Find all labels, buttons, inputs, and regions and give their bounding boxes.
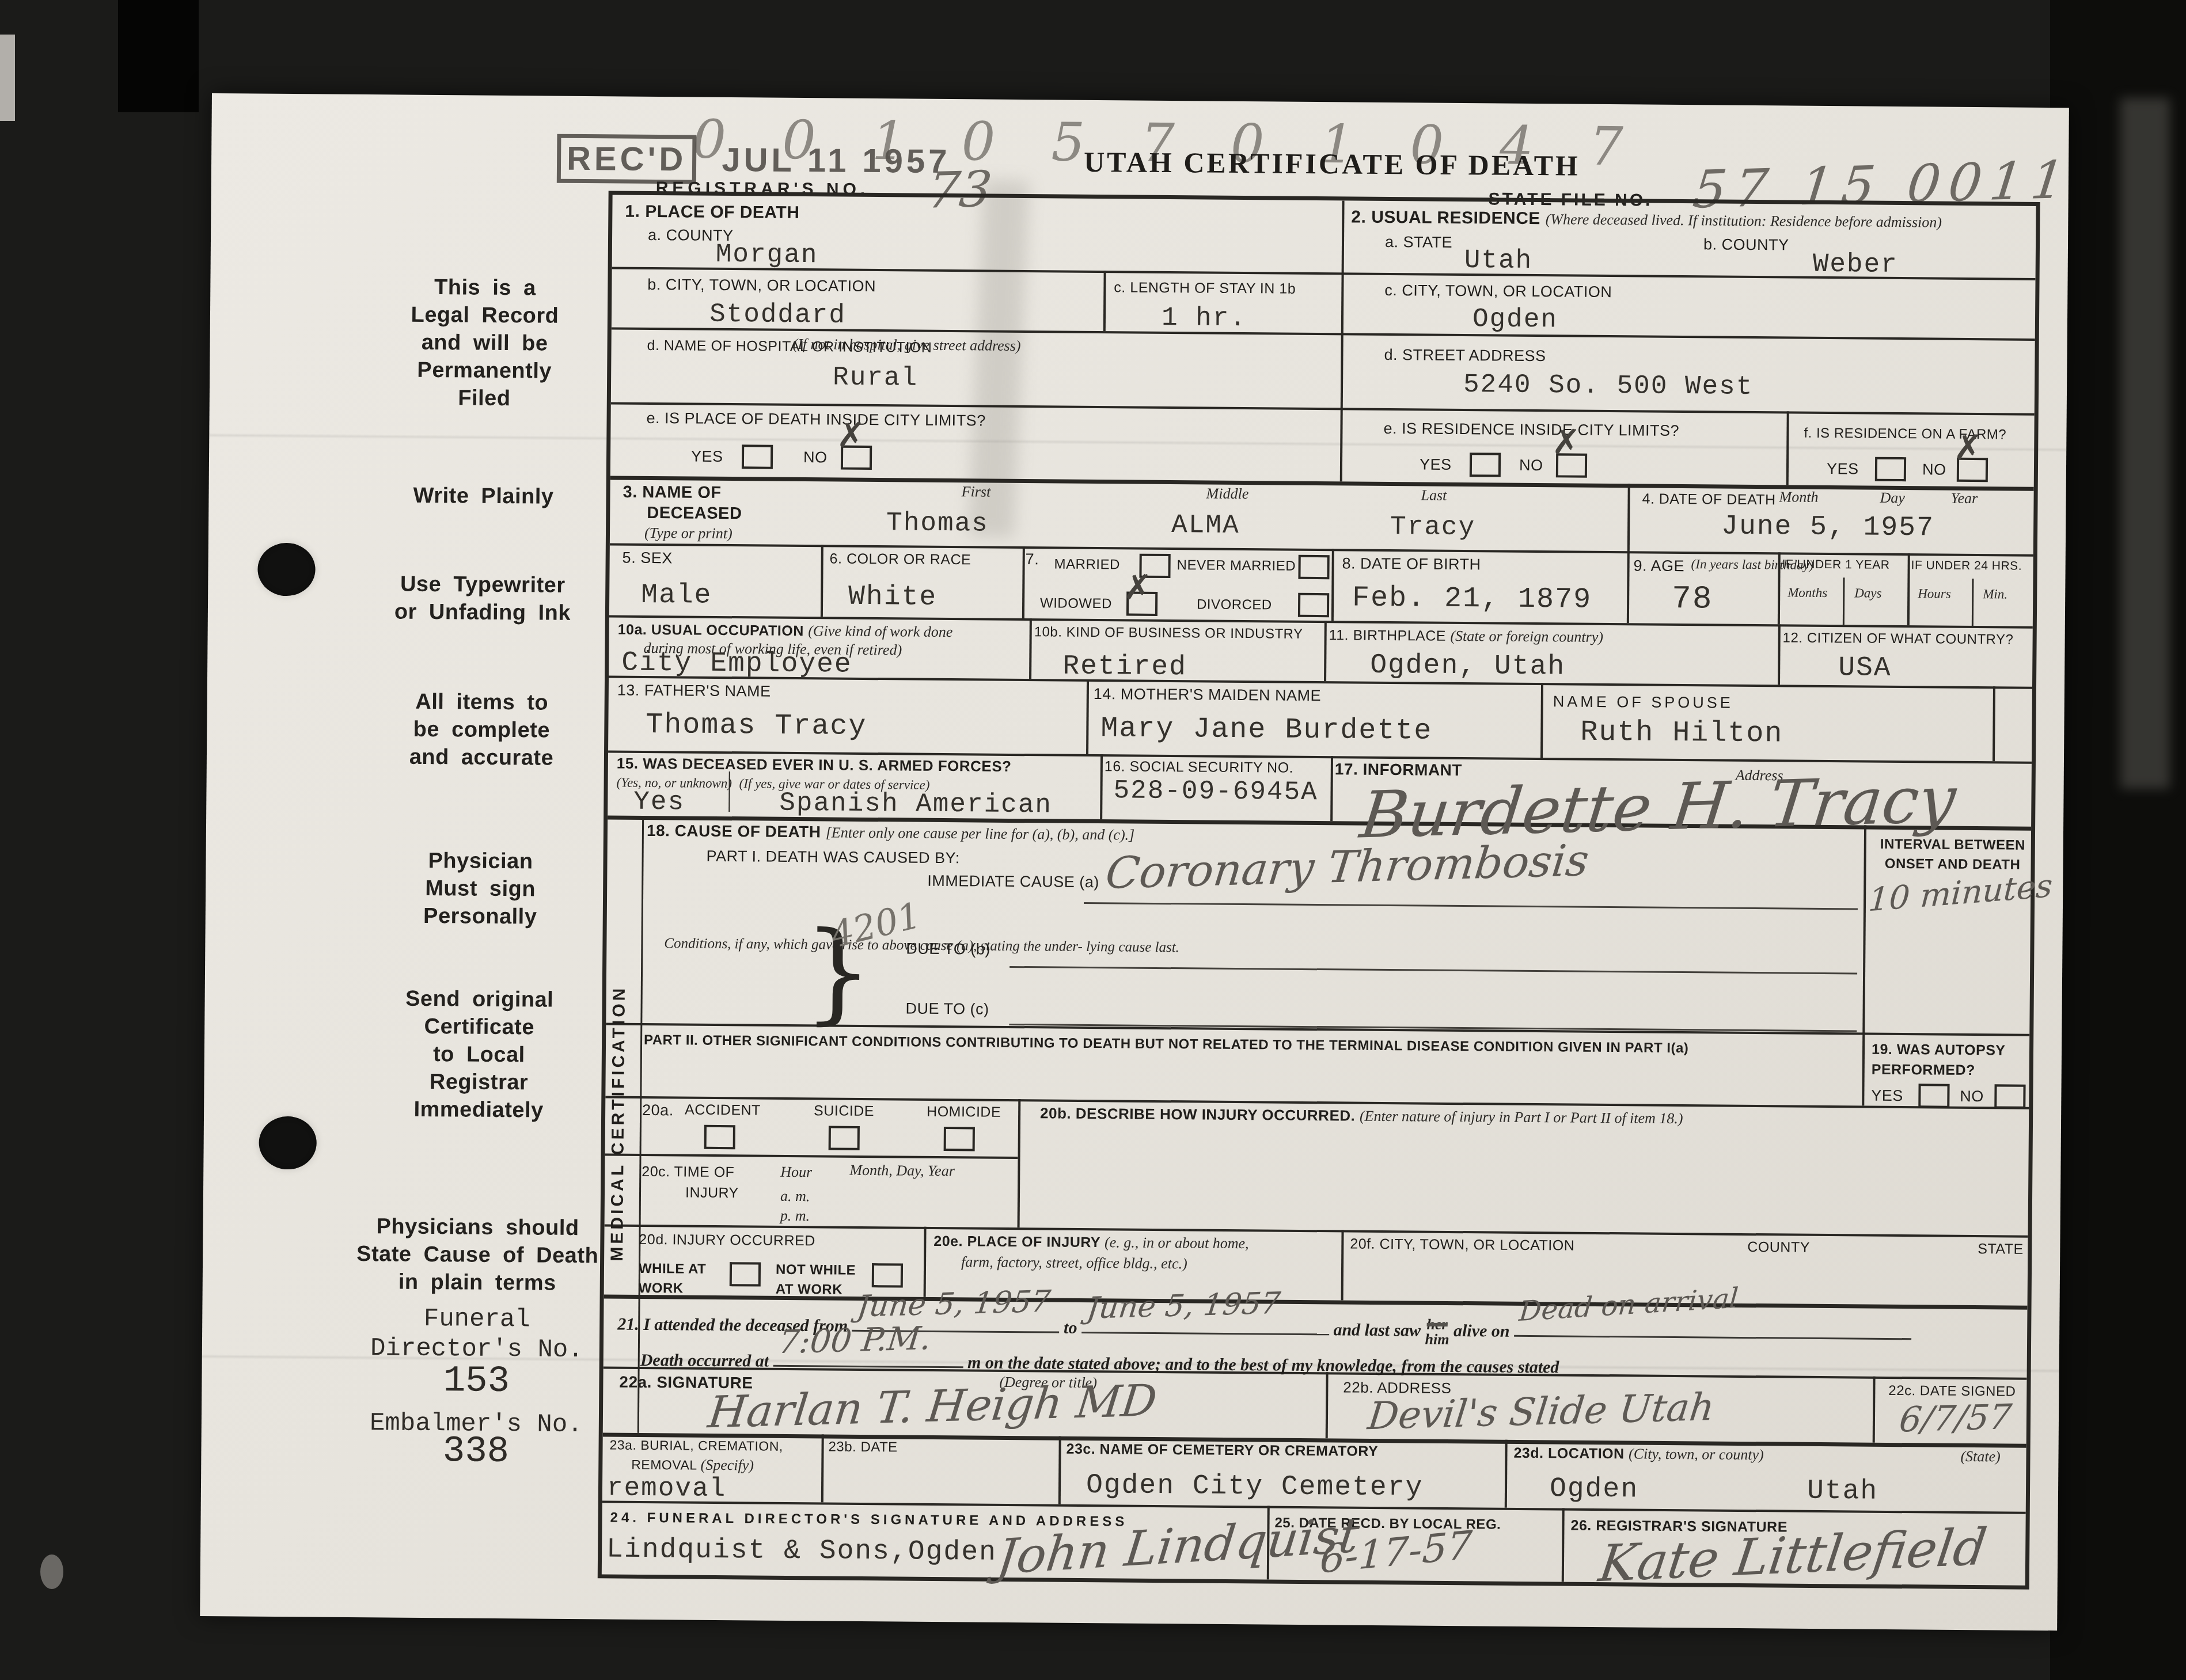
last-name-label: Last — [1421, 487, 1447, 504]
death-time-value: 7:00 P.M. — [777, 1320, 933, 1361]
industry-value: Retired — [1062, 651, 1187, 683]
grid-line — [1786, 411, 1789, 485]
first-name-label: First — [961, 483, 990, 500]
cemetery-city-value: Ogden — [1550, 1473, 1638, 1505]
occupation-label-text: 10a. USUAL OCCUPATION — [618, 622, 804, 640]
race-label: 6. COLOR OR RACE — [830, 550, 971, 568]
background-bottom-speck — [40, 1554, 63, 1589]
describe-injury-note: (Enter nature of injury in Part I or Par… — [1360, 1108, 1683, 1127]
grid-line — [1022, 546, 1025, 618]
street-address-value: 5240 So. 500 West — [1463, 370, 1754, 402]
mothers-maiden-name-label: 14. MOTHER'S MAIDEN NAME — [1094, 685, 1321, 705]
not-while-at-work-label: NOT WHILE AT WORK — [776, 1260, 856, 1300]
place-of-death-title: 1. PLACE OF DEATH — [625, 202, 799, 223]
margin-note-typewriter: Use Typewriter or Unfading Ink — [359, 570, 607, 627]
usual-residence-title: 2. USUAL RESIDENCE (Where deceased lived… — [1351, 208, 1942, 232]
autopsy-no-checkbox — [1994, 1084, 2025, 1108]
grid-line — [821, 545, 823, 617]
cemetery-label: 23c. NAME OF CEMETERY OR CREMATORY — [1066, 1441, 1378, 1460]
death-limits-no-label: NO — [803, 448, 828, 466]
burial-label2-text: REMOVAL — [631, 1457, 697, 1473]
injury-occurred-label: 20d. INJURY OCCURRED — [639, 1232, 815, 1249]
cemetery-location-label: 23d. LOCATION (City, town, or county) — [1513, 1445, 1764, 1464]
never-married-checkbox — [1298, 555, 1329, 579]
birthplace-label: 11. BIRTHPLACE (State or foreign country… — [1329, 626, 1604, 646]
ssn-value: 528-09-6945A — [1113, 776, 1318, 807]
grid-line — [1029, 618, 1032, 679]
widowed-label: WIDOWED — [1040, 595, 1112, 612]
injury-city-label: 20f. CITY, TOWN, OR LOCATION — [1350, 1236, 1574, 1255]
widowed-xmark: ✗ — [1123, 567, 1152, 607]
burial-value: removal — [607, 1473, 727, 1504]
grid-line — [1873, 1377, 1876, 1443]
hospital-note: (If not in hospital, give street address… — [792, 336, 1020, 355]
writing-line — [1009, 966, 1857, 975]
grid-line — [1907, 553, 1910, 625]
death-city-limits-label: e. IS PLACE OF DEATH INSIDE CITY LIMITS? — [646, 409, 985, 430]
birthplace-value: Ogden, Utah — [1370, 650, 1565, 683]
immediate-cause-label: IMMEDIATE CAUSE (a) — [927, 872, 1099, 891]
grid-line — [1100, 754, 1103, 819]
autopsy-yes-checkbox — [1918, 1084, 1949, 1108]
grid-line — [1326, 1372, 1329, 1438]
date-of-birth-label: 8. DATE OF BIRTH — [1342, 554, 1481, 573]
ssn-label: 16. SOCIAL SECURITY NO. — [1105, 758, 1293, 777]
residence-limits-yes-checkbox — [1470, 453, 1501, 477]
month-day-year-label: Month, Day, Year — [849, 1162, 955, 1180]
writing-line — [1084, 902, 1858, 910]
married-label: MARRIED — [1054, 557, 1120, 573]
background-left-speck — [0, 35, 15, 121]
homicide-label: HOMICIDE — [927, 1104, 1001, 1121]
city-label: b. CITY, TOWN, OR LOCATION — [647, 276, 876, 295]
death-limits-yes-checkbox — [742, 444, 773, 469]
margin-note-send-original: Send original Certificate to Local Regis… — [355, 985, 604, 1124]
burial-specify-note: (Specify) — [701, 1457, 754, 1474]
state-value: Utah — [1464, 245, 1533, 276]
never-married-label: NEVER MARRIED — [1177, 557, 1296, 575]
funeral-director-typed: Lindquist & Sons,Ogden — [606, 1534, 997, 1568]
date-of-death-value: June 5, 1957 — [1721, 511, 1934, 544]
time-of-injury-label1: 20c. TIME OF — [642, 1164, 734, 1181]
grid-line — [1330, 756, 1333, 821]
month-label: Month — [1779, 488, 1818, 506]
length-of-stay-label: c. LENGTH OF STAY IN 1b — [1114, 279, 1296, 297]
alive-on-blank: Dead on arrival — [1514, 1318, 1911, 1340]
grid-line — [1778, 624, 1781, 685]
street-address-label: d. STREET ADDRESS — [1384, 346, 1546, 365]
punch-hole — [259, 1116, 317, 1170]
divorced-label: DIVORCED — [1197, 596, 1272, 613]
middle-name-label: Middle — [1206, 485, 1248, 503]
farm-yes-label: YES — [1827, 460, 1859, 478]
residence-limits-no-label: NO — [1519, 457, 1543, 474]
attended-to-value: June 5, 1957 — [1085, 1286, 1282, 1326]
cemetery-value: Ogden City Cemetery — [1086, 1470, 1424, 1504]
death-limits-yes-label: YES — [691, 448, 723, 466]
residence-limits-yes-label: YES — [1420, 455, 1452, 473]
autopsy-no-label: NO — [1960, 1088, 1984, 1105]
informant-signature: Burdette H. Tracy — [1357, 762, 1960, 853]
margin-note-legal-record: This is a Legal Record and will be Perma… — [360, 273, 609, 413]
physician-address-value: Devil's Slide Utah — [1365, 1385, 1717, 1438]
if-under-1-year-label: IF UNDER 1 YEAR — [1782, 557, 1890, 572]
grid-line — [1086, 679, 1089, 754]
part2-label: PART II. OTHER SIGNIFICANT CONDITIONS CO… — [644, 1032, 1847, 1058]
margin-note-write-plainly: Write Plainly — [359, 481, 607, 511]
min-label: Min. — [1983, 587, 2007, 602]
farm-no-label: NO — [1922, 461, 1946, 478]
describe-injury-label-text: 20b. DESCRIBE HOW INJURY OCCURRED. — [1040, 1104, 1355, 1124]
months-label: Months — [1787, 586, 1827, 601]
funeral-directors-no-value: 153 — [335, 1366, 617, 1398]
certificate-form: MEDICAL CERTIFICATION 1. PLACE OF DEATH … — [598, 191, 2040, 1589]
attended-item-number: 21. — [617, 1315, 639, 1334]
background-top-left-notch — [118, 0, 199, 112]
place-of-injury-label: 20e. PLACE OF INJURY (e. g., in or about… — [933, 1233, 1249, 1252]
occupation-note1: (Give kind of work done — [808, 622, 952, 640]
farm-no-xmark: ✗ — [1953, 428, 1983, 468]
farm-yes-checkbox — [1875, 457, 1906, 481]
grid-line — [1341, 1230, 1344, 1300]
hours-label: Hours — [1918, 586, 1951, 601]
hour-label: Hour — [780, 1164, 812, 1181]
grid-line — [1505, 1440, 1508, 1508]
funeral-directors-no-label: Funeral Director's No. — [336, 1303, 618, 1366]
usual-residence-note: (Where deceased lived. If institution: R… — [1546, 211, 1942, 230]
part1-label: PART I. DEATH WAS CAUSED BY: — [706, 847, 959, 867]
date-signed-value: 6/7/57 — [1897, 1397, 2014, 1440]
cemetery-location-note: (City, town, or county) — [1629, 1445, 1764, 1463]
sex-value: Male — [641, 580, 712, 611]
punch-hole — [257, 543, 316, 596]
middle-name-value: ALMA — [1171, 510, 1240, 541]
cause-of-death-label: 18. CAUSE OF DEATH [Enter only one cause… — [647, 822, 1135, 844]
burial-label1: 23a. BURIAL, CREMATION, — [609, 1437, 783, 1454]
grid-line — [1843, 577, 1845, 625]
autopsy-label: 19. WAS AUTOPSY PERFORMED? — [1872, 1040, 2006, 1081]
margin-note-plain-terms: Physicians should State Cause of Death i… — [354, 1213, 602, 1297]
county-value: Morgan — [716, 240, 818, 270]
not-while-at-work-checkbox — [872, 1263, 903, 1287]
name-of-deceased-label2: DECEASED — [647, 504, 742, 523]
cause-of-death-note: [Enter only one cause per line for (a), … — [826, 824, 1135, 843]
grid-line — [821, 1434, 824, 1502]
autopsy-yes-label: YES — [1871, 1087, 1903, 1105]
alive-on-value: Dead on arrival — [1518, 1282, 1740, 1328]
armed-forces-label: 15. WAS DECEASED EVER IN U. S. ARMED FOR… — [617, 755, 1012, 776]
death-time-blank: 7:00 P.M. — [773, 1348, 963, 1369]
attended-text2: and last saw — [1333, 1320, 1421, 1340]
grid-line — [1972, 579, 1974, 626]
embalmers-no-value: 338 — [335, 1436, 617, 1468]
spouse-label: NAME OF SPOUSE — [1553, 693, 1733, 712]
while-at-work-label: WHILE AT WORK — [639, 1259, 707, 1299]
residence-county-value: Weber — [1813, 249, 1898, 280]
place-of-injury-label-text: 20e. PLACE OF INJURY — [933, 1233, 1100, 1251]
interval-label: INTERVAL BETWEEN ONSET AND DEATH — [1880, 835, 2025, 875]
spouse-value: Ruth Hilton — [1580, 716, 1783, 751]
place-of-injury-note1: (e. g., in or about home, — [1105, 1234, 1249, 1252]
grid-line — [1993, 686, 1995, 761]
date-of-death-label: 4. DATE OF DEATH — [1642, 490, 1775, 510]
age-value: 78 — [1672, 580, 1713, 618]
attended-statement-line2: Death occurred at 7:00 P.M. m on the dat… — [640, 1347, 2022, 1381]
citizen-value: USA — [1838, 652, 1892, 684]
marital-item-number: 7. — [1026, 550, 1039, 568]
date-of-birth-value: Feb. 21, 1879 — [1352, 582, 1592, 617]
days-label: Days — [1854, 586, 1881, 600]
age-label: 9. AGE — [1634, 557, 1685, 575]
time-of-injury-label2: INJURY — [685, 1185, 739, 1202]
hospital-value: Rural — [833, 362, 918, 393]
death-occurred-text: Death occurred at — [640, 1351, 769, 1371]
accident-checkbox — [704, 1125, 735, 1149]
am-label: a. m. — [780, 1188, 810, 1205]
state-label: a. STATE — [1385, 233, 1452, 252]
him-word: him — [1425, 1331, 1449, 1348]
citizen-label: 12. CITIZEN OF WHAT COUNTRY? — [1783, 630, 2014, 648]
sex-label: 5. SEX — [623, 549, 673, 568]
while-at-work-checkbox — [730, 1262, 761, 1286]
pm-label: p. m. — [780, 1207, 810, 1225]
grid-line — [1540, 683, 1543, 758]
attended-text3: alive on — [1453, 1321, 1510, 1341]
cemetery-state-note: (State) — [1960, 1448, 2001, 1466]
her-him-stack: herhim — [1425, 1317, 1449, 1347]
usual-residence-title-text: 2. USUAL RESIDENCE — [1351, 208, 1540, 229]
grid-line — [605, 1224, 2028, 1237]
armed-forces-value2: Spanish American — [779, 788, 1052, 820]
homicide-checkbox — [944, 1127, 975, 1151]
describe-injury-label: 20b. DESCRIBE HOW INJURY OCCURRED. (Ente… — [1040, 1104, 1683, 1127]
first-name-value: Thomas — [886, 508, 989, 538]
certificate-paper: This is a Legal Record and will be Perma… — [200, 93, 2069, 1630]
place-of-injury-note2: farm, factory, street, office bldg., etc… — [961, 1253, 1187, 1272]
suicide-label: SUICIDE — [814, 1103, 874, 1120]
received-stamp-date: JUL 11 1957 — [722, 141, 951, 180]
grid-line — [1058, 1436, 1061, 1504]
burial-date-label: 23b. DATE — [828, 1439, 897, 1455]
year-label: Year — [1950, 490, 1978, 507]
grid-line — [1340, 200, 1345, 481]
accident-item-number: 20a. — [642, 1101, 674, 1119]
margin-note-complete: All items to be complete and accurate — [358, 687, 606, 772]
cause-of-death-label-text: 18. CAUSE OF DEATH — [647, 822, 821, 841]
armed-forces-value1: Yes — [633, 787, 685, 818]
birthplace-label-text: 11. BIRTHPLACE — [1329, 627, 1447, 644]
occupation-value: City Employee — [621, 648, 852, 681]
grid-line — [1862, 826, 1866, 1106]
cemetery-state-value: Utah — [1807, 1476, 1878, 1507]
accident-label: ACCIDENT — [685, 1102, 761, 1119]
physician-signature: Harlan T. Heigh MD — [705, 1375, 1159, 1438]
grid-line — [1331, 549, 1334, 621]
received-stamp-recd: REC'D — [557, 134, 697, 184]
her-word: her — [1427, 1316, 1448, 1333]
death-limits-no-xmark: ✗ — [836, 416, 866, 456]
cemetery-location-label-text: 23d. LOCATION — [1513, 1445, 1624, 1462]
suicide-checkbox — [829, 1126, 860, 1150]
interval-value: 10 minutes — [1868, 867, 2054, 919]
industry-label: 10b. KIND OF BUSINESS OR INDUSTRY — [1034, 624, 1303, 643]
grid-line — [610, 476, 2034, 491]
residence-limits-no-xmark: ✗ — [1551, 422, 1581, 462]
divorced-checkbox — [1298, 593, 1329, 617]
attended-to-word: to — [1064, 1318, 1077, 1337]
background-right-strip — [2120, 98, 2170, 789]
attended-to-blank: June 5, 1957 — [1081, 1314, 1329, 1335]
grid-line — [605, 1153, 1018, 1159]
received-stamp: REC'D JUL 11 1957 — [557, 134, 951, 186]
length-of-stay-value: 1 hr. — [1162, 303, 1247, 333]
name-type-or-print-note: (Type or print) — [644, 524, 733, 542]
certificate-title: UTAH CERTIFICATE OF DEATH — [1084, 145, 1580, 183]
last-name-value: Tracy — [1390, 512, 1475, 542]
birthplace-note: (State or foreign country) — [1450, 628, 1603, 645]
occupation-label: 10a. USUAL OCCUPATION (Give kind of work… — [618, 621, 953, 641]
injury-county-label: COUNTY — [1747, 1239, 1810, 1256]
injury-state-label: STATE — [1978, 1241, 2024, 1258]
if-under-24-hrs-label: IF UNDER 24 HRS. — [1911, 558, 2022, 573]
grid-line — [1324, 621, 1327, 681]
residence-county-label: b. COUNTY — [1703, 235, 1789, 254]
mothers-maiden-name-value: Mary Jane Burdette — [1100, 712, 1433, 748]
name-of-deceased-label1: 3. NAME OF — [623, 483, 721, 503]
grid-line — [1103, 271, 1106, 331]
burial-label2: REMOVAL (Specify) — [631, 1456, 754, 1474]
grid-line — [1562, 1508, 1565, 1582]
due-to-b-label: DUE TO (b) — [906, 940, 990, 959]
grid-line — [924, 1227, 927, 1297]
due-to-c-label: DUE TO (c) — [905, 1000, 989, 1018]
residence-city-limits-label: e. IS RESIDENCE INSIDE CITY LIMITS? — [1383, 420, 1679, 440]
scanned-death-certificate: This is a Legal Record and will be Perma… — [0, 0, 2186, 1680]
margin-note-physician-sign: Physician Must sign Personally — [356, 846, 605, 931]
fathers-name-label: 13. FATHER'S NAME — [617, 682, 771, 701]
death-occurred-text2: m on the date stated above; and to the b… — [967, 1353, 1559, 1377]
race-value: White — [848, 581, 937, 613]
residence-city-value: Ogden — [1472, 304, 1558, 335]
city-value: Stoddard — [709, 299, 846, 330]
grid-line — [1018, 1099, 1021, 1227]
residence-city-label: c. CITY, TOWN, OR LOCATION — [1384, 282, 1612, 301]
fathers-name-value: Thomas Tracy — [646, 709, 867, 743]
day-label: Day — [1880, 489, 1905, 507]
attended-from-value: June 5, 1957 — [856, 1284, 1053, 1324]
